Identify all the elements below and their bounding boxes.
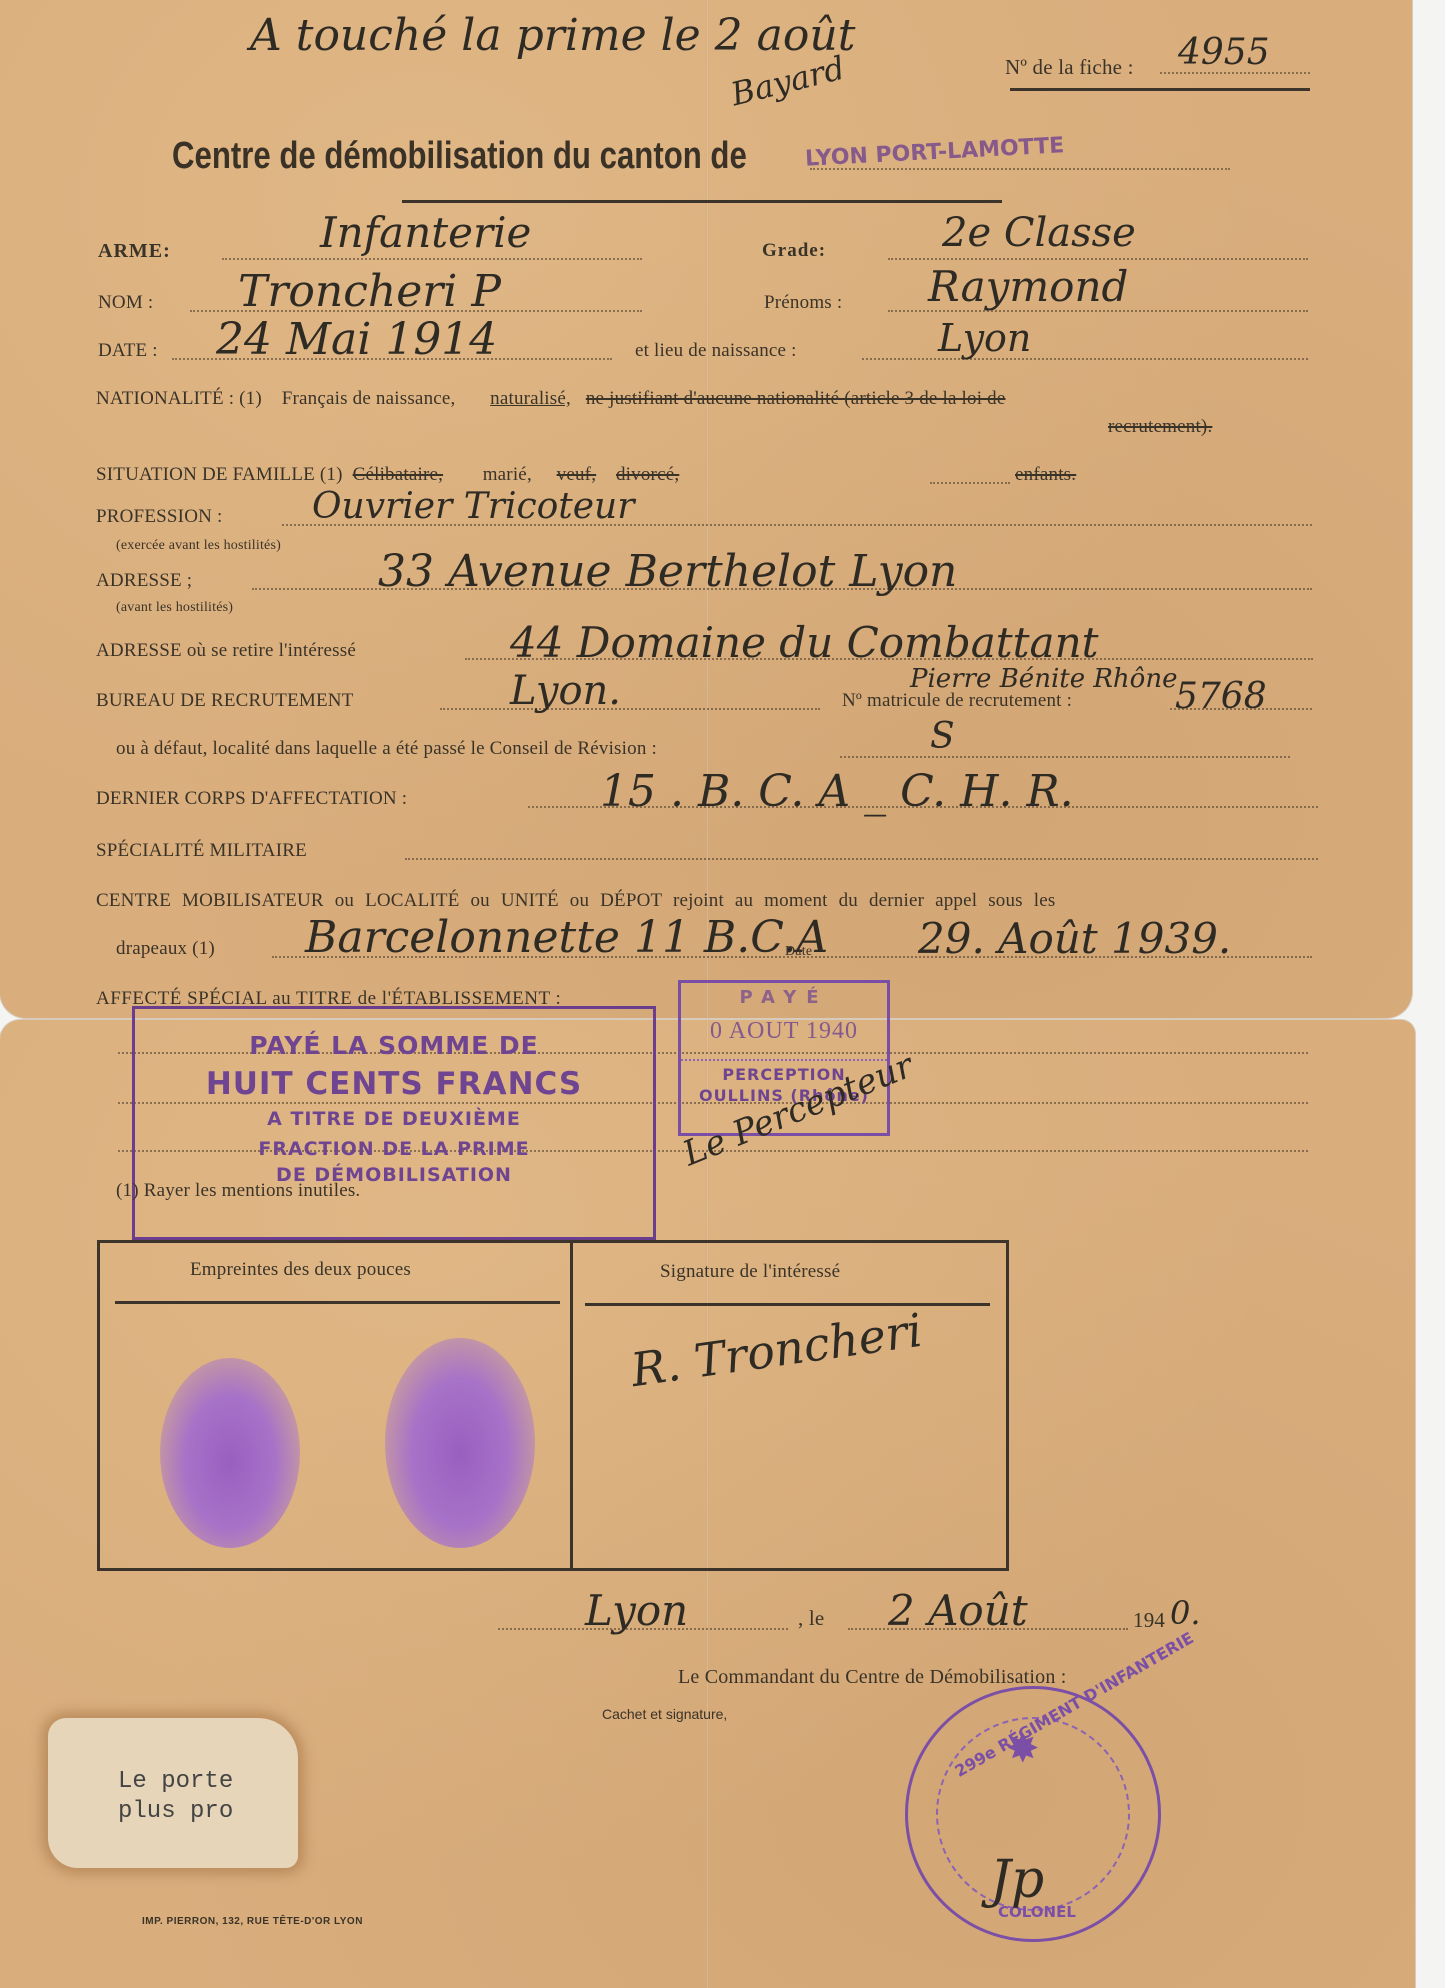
footnote: (1) Rayer les mentions inutiles. [116, 1180, 360, 1202]
matricule-value: 5768 [1175, 676, 1267, 717]
profession-sublabel: (exercée avant les hostilités) [116, 538, 281, 554]
profession-value: Ouvrier Tricoteur [312, 486, 634, 527]
fiche-number: 4955 [1178, 32, 1270, 73]
centre-mob-value: Barcelonnette 11 B.C.A [305, 912, 828, 963]
torn-patch: Le porte plus pro [48, 1718, 298, 1868]
right-thumbprint [385, 1338, 535, 1548]
centre-mob-label2: drapeaux (1) [116, 938, 215, 960]
closing-place: Lyon [585, 1586, 688, 1635]
nom-label: NOM : [98, 292, 153, 314]
nom-value: Troncheri P [238, 266, 501, 317]
profession-label: PROFESSION : [96, 506, 222, 528]
page-title: Centre de démobilisation du canton de [172, 135, 747, 178]
closing-year-suffix: 0. [1170, 1594, 1201, 1632]
dernier-corps-label: DERNIER CORPS D'AFFECTATION : [96, 788, 407, 810]
commandant-signature: Jp [990, 1850, 1044, 1910]
specialite-label: SPÉCIALITÉ MILITAIRE [96, 840, 307, 862]
arme-label: ARME: [98, 240, 171, 263]
closing-date: 2 Août [888, 1586, 1028, 1635]
date-label: DATE : [98, 340, 158, 362]
adresse-sublabel: (avant les hostilités) [116, 600, 233, 616]
conseil-value: S [930, 716, 955, 757]
star-icon: ✸ [1006, 1725, 1040, 1772]
arme-value: Infanterie [320, 208, 531, 257]
date-value: 24 Mai 1914 [216, 314, 497, 365]
centre-mob-date-value: 29. Août 1939. [918, 914, 1231, 963]
dernier-corps-value: 15 . B. C. A _ C. H. R. [600, 766, 1074, 817]
lieu-label: et lieu de naissance : [635, 340, 797, 362]
matricule-label: Nº matricule de recrutement : [842, 690, 1072, 712]
grade-value: 2e Classe [942, 210, 1136, 256]
bureau-label: BUREAU DE RECRUTEMENT [96, 690, 354, 712]
famille-row: SITUATION DE FAMILLE (1) Célibataire, ma… [96, 464, 679, 486]
fiche-label: Nº de la fiche : [1005, 55, 1134, 80]
interesse-signature: R. Troncheri [628, 1303, 926, 1397]
closing-year-prefix: 194 [1133, 1608, 1165, 1633]
printer-imprint: IMP. PIERRON, 132, RUE TÊTE-D'OR LYON [142, 1916, 363, 1927]
centre-mob-label: CENTRE MOBILISATEUR ou LOCALITÉ ou UNITÉ… [96, 890, 1055, 912]
bureau-value: Lyon. [510, 668, 621, 714]
payment-stamp: PAYÉ LA SOMME DE HUIT CENTS FRANCS A TIT… [132, 1006, 656, 1240]
closing-le: , le [798, 1606, 824, 1631]
adresse-value: 33 Avenue Berthelot Lyon [378, 546, 957, 597]
commandant-label: Le Commandant du Centre de Démobilisatio… [678, 1666, 1067, 1689]
nationalite-recrutement: recrutement). [1108, 416, 1212, 438]
thumbs-label: Empreintes des deux pouces [190, 1259, 411, 1281]
adresse-label: ADRESSE ; [96, 570, 192, 592]
cachet-label: Cachet et signature, [602, 1706, 727, 1722]
adresse-retraite-label: ADRESSE où se retire l'intéressé [96, 640, 356, 662]
nationalite-row: NATIONALITÉ : (1) Français de naissance,… [96, 388, 1006, 410]
prenoms-label: Prénoms : [764, 292, 842, 314]
famille-enfants: enfants. [1015, 464, 1076, 486]
centre-mob-date-label: Date [785, 944, 812, 960]
signature-label: Signature de l'intéressé [660, 1261, 840, 1283]
top-annotation: A touché la prime le 2 août [250, 10, 855, 61]
adresse-retraite-value: 44 Domaine du Combattant [510, 618, 1099, 667]
prenoms-value: Raymond [928, 262, 1128, 311]
lieu-value: Lyon [938, 316, 1031, 360]
conseil-label: ou à défaut, localité dans laquelle a ét… [116, 738, 657, 760]
left-thumbprint [160, 1358, 300, 1548]
grade-label: Grade: [762, 240, 826, 262]
identification-box: Empreintes des deux pouces Signature de … [97, 1240, 1009, 1571]
